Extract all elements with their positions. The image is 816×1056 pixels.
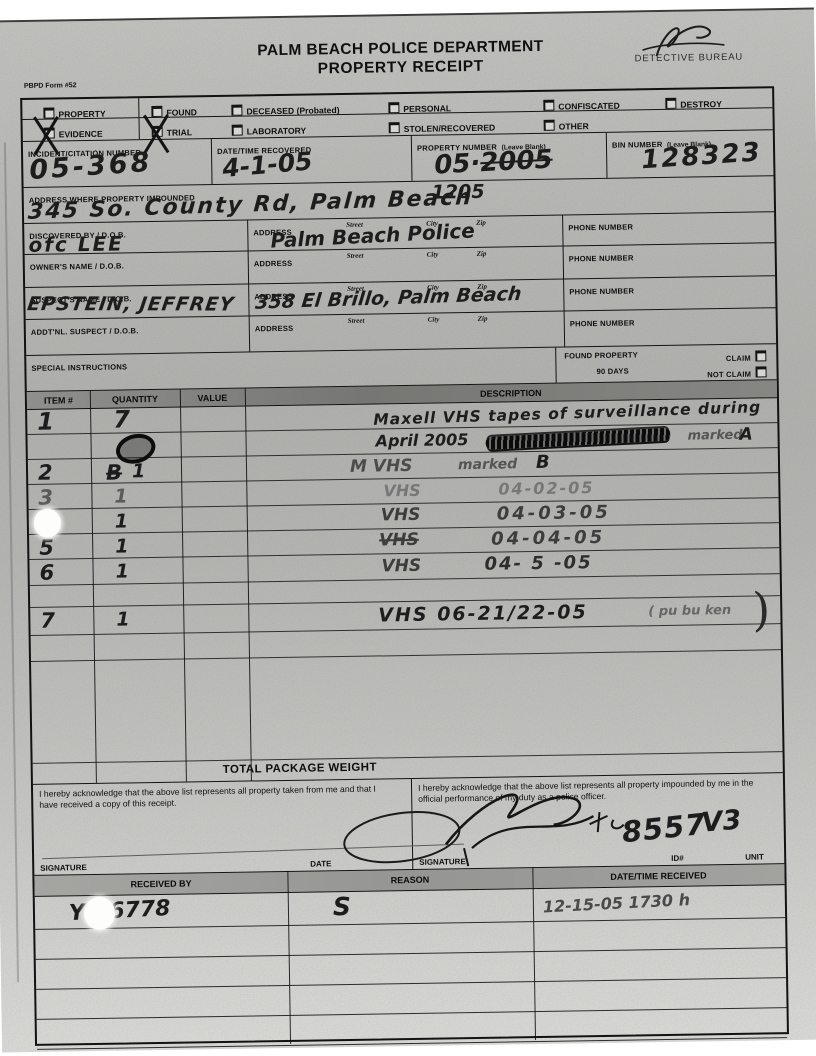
owner-name-field: OWNER'S NAME / D.O.B.: [25, 251, 248, 286]
additional-phone-field: PHONE NUMBER: [564, 308, 777, 346]
date-recovered-field: DATE/TIME RECOVERED 4-1-05: [211, 136, 412, 184]
crossed-out-text: [485, 428, 670, 450]
property-number-value: 05·2005: [434, 145, 554, 181]
checkbox-icon: [665, 98, 676, 109]
found-property-field: FOUND PROPERTY CLAIM 90 DAYS NOT CLAIM: [555, 344, 777, 382]
discovered-by-field: DISCOVERED BY / D.O.B. ofc LEE: [24, 220, 247, 253]
checkbox-icon: [389, 122, 400, 133]
suspect-name-field: SUSPECT'S NAME / D.O.B. EPSTEIN, JEFFREY: [25, 284, 248, 318]
evidence-x-mark: [30, 113, 61, 157]
special-instructions-field: SPECIAL INSTRUCTIONS: [26, 348, 555, 391]
owner-phone-field: PHONE NUMBER: [563, 243, 775, 278]
datetime-received-value: 12-15-05 1730 h: [543, 890, 691, 916]
acknowledgment-row: I hereby acknowledge that the above list…: [33, 773, 784, 876]
form-number: PBPD Form #52: [24, 82, 77, 90]
checkbox-icon: [543, 100, 554, 111]
item-row-empty-tall: [31, 650, 783, 764]
checkbox-icon: [388, 102, 399, 113]
address-impounded-note: 1205: [432, 181, 485, 204]
date-recovered-value: 4-1-05: [221, 146, 313, 183]
suspect-address-value: 358 El Brillo, Palm Beach: [254, 283, 522, 314]
bin-number-field: BIN NUMBER (Leave Blank) 128323: [606, 130, 774, 178]
suspect-phone-field: PHONE NUMBER: [563, 276, 775, 310]
additional-address-field: ADDRESS Street City Zip: [249, 312, 565, 352]
not-claim-checkbox: NOT CLAIM: [707, 363, 771, 382]
suspect-name-value: EPSTEIN, JEFFREY: [26, 293, 236, 315]
trial-x-mark: [140, 112, 171, 156]
property-receipt-form: PROPERTY FOUND DECEASED (Probated) PERSO…: [20, 86, 789, 1046]
checkbox-icon: [232, 125, 243, 136]
checkbox-icon: [755, 366, 766, 377]
officer-unit-value: V3: [700, 804, 742, 838]
checkbox-other: OTHER: [544, 116, 589, 135]
additional-suspect-field: ADDT'NL. SUSPECT / D.O.B.: [26, 316, 250, 354]
scan-edge-streak: [4, 142, 19, 982]
reason-value: S: [333, 892, 351, 921]
owner-address-field: ADDRESS Street City Zip: [248, 247, 563, 284]
checkbox-icon: [755, 350, 766, 361]
discovered-phone-field: PHONE NUMBER: [562, 212, 774, 245]
property-number-field: PROPERTY NUMBER (Leave Blank) 05·2005: [411, 133, 607, 181]
discovered-address-field: ADDRESS Street City Zip Palm Beach Polic…: [247, 216, 562, 251]
bureau-label: DETECTIVE BUREAU: [635, 52, 744, 65]
scanned-page: PALM BEACH POLICE DEPARTMENT PROPERTY RE…: [0, 8, 816, 1053]
suspect-address-field: ADDRESS Street City Zip 358 El Brillo, P…: [248, 280, 563, 316]
checkbox-icon: [231, 105, 242, 116]
checkbox-icon: [544, 120, 555, 131]
